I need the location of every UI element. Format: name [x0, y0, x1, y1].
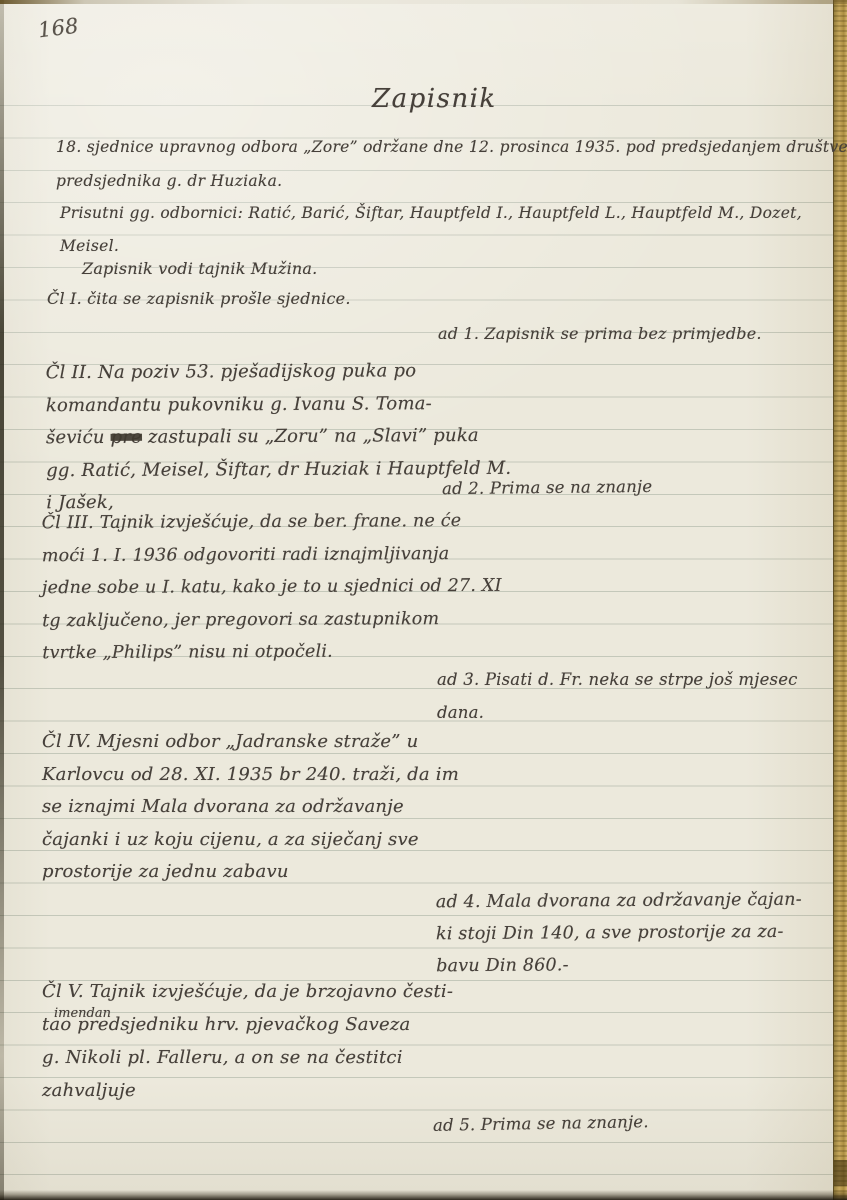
inserted-word: imendan [54, 997, 111, 1030]
minutes-intro: 18. sjednice upravnog odbora „Zore” održ… [56, 130, 847, 198]
page-gutter-edge [0, 0, 4, 1200]
article-1: Čl I. čita se zapisnik prošle sjednice. [47, 289, 351, 308]
page-top-edge [0, 0, 847, 4]
article-5-line: g. Nikoli pl. Falleru, a on se na čestit… [42, 1041, 453, 1074]
resolution-ad3-line: dana. [437, 696, 798, 729]
article-2-line: Čl II. Na poziv 53. pješadijskog puka po [46, 355, 511, 390]
article-4-line: čajanki i uz koju cijenu, a za siječanj … [42, 824, 459, 857]
resolution-ad5: ad 5. Prima se na znanje. [433, 1112, 649, 1135]
page-bottom-edge [0, 1190, 847, 1200]
article-3-line: jedne sobe u I. katu, kako je to u sjedn… [42, 570, 502, 605]
resolution-ad4-line: ad 4. Mala dvorana za održavanje čajan- [436, 884, 802, 919]
resolution-ad4-line: bavu Din 860.- [436, 948, 802, 983]
article-4-line: prostorije za jednu zabavu [42, 856, 459, 889]
article-3-line: Čl III. Tajnik izvješćuje, da se ber. fr… [42, 505, 502, 540]
article-5-line: zahvaljuje [42, 1074, 453, 1107]
article-3: Čl III. Tajnik izvješćuje, da se ber. fr… [42, 505, 503, 670]
secretary-line: Zapisnik vodi tajnik Mužina. [82, 259, 317, 278]
resolution-ad2: ad 2. Prima se na znanje [442, 477, 652, 498]
resolution-ad3: ad 3. Pisati d. Fr. neka se strpe još mj… [437, 663, 798, 729]
article-4-line: se iznajmi Mala dvorana za održavanje [42, 791, 459, 824]
article-4-line: Karlovcu od 28. XI. 1935 br 240. traži, … [42, 759, 459, 792]
article-3-line: tg zaključeno, jer pregovori sa zastupni… [42, 602, 502, 637]
resolution-ad1: ad 1. Zapisnik se prima bez primjedbe. [438, 324, 762, 343]
attendees-paragraph: Prisutni gg. odbornici: Ratić, Barić, Ši… [60, 197, 802, 263]
notebook-page: 168 Zapisnik 18. sjednice upravnog odbor… [0, 0, 847, 1200]
intro-line: 18. sjednice upravnog odbora „Zore” održ… [56, 130, 847, 164]
document-title: Zapisnik [372, 84, 497, 114]
resolution-ad4-line: ki stoji Din 140, a sve prostorije za za… [436, 916, 802, 951]
book-gilt-edge-dark-patch [834, 1160, 847, 1186]
attendees-line: Prisutni gg. odbornici: Ratić, Barić, Ši… [60, 197, 802, 230]
resolution-ad4: ad 4. Mala dvorana za održavanje čajan- … [436, 884, 803, 983]
article-2-line: komandantu pukovniku g. Ivanu S. Toma- [46, 387, 511, 422]
intro-line: predsjednika g. dr Huziaka. [56, 164, 847, 198]
article-5: Čl V. Tajnik izvješćuje, da je brzojavno… [42, 975, 453, 1107]
page-number: 168 [37, 14, 80, 43]
crossed-out-word: pre [111, 427, 143, 448]
article-2-line: ševiću pre zastupali su „Zoru” na „Slavi… [46, 420, 511, 455]
article-3-line: moći 1. I. 1936 odgovoriti radi iznajmlj… [42, 537, 502, 572]
article-3-line: tvrtke „Philips” nisu ni otpočeli. [42, 635, 502, 670]
article-4: Čl IV. Mjesni odbor „Jadranske straže” u… [42, 726, 459, 889]
resolution-ad3-line: ad 3. Pisati d. Fr. neka se strpe još mj… [437, 663, 798, 696]
article-4-line: Čl IV. Mjesni odbor „Jadranske straže” u [42, 726, 459, 759]
